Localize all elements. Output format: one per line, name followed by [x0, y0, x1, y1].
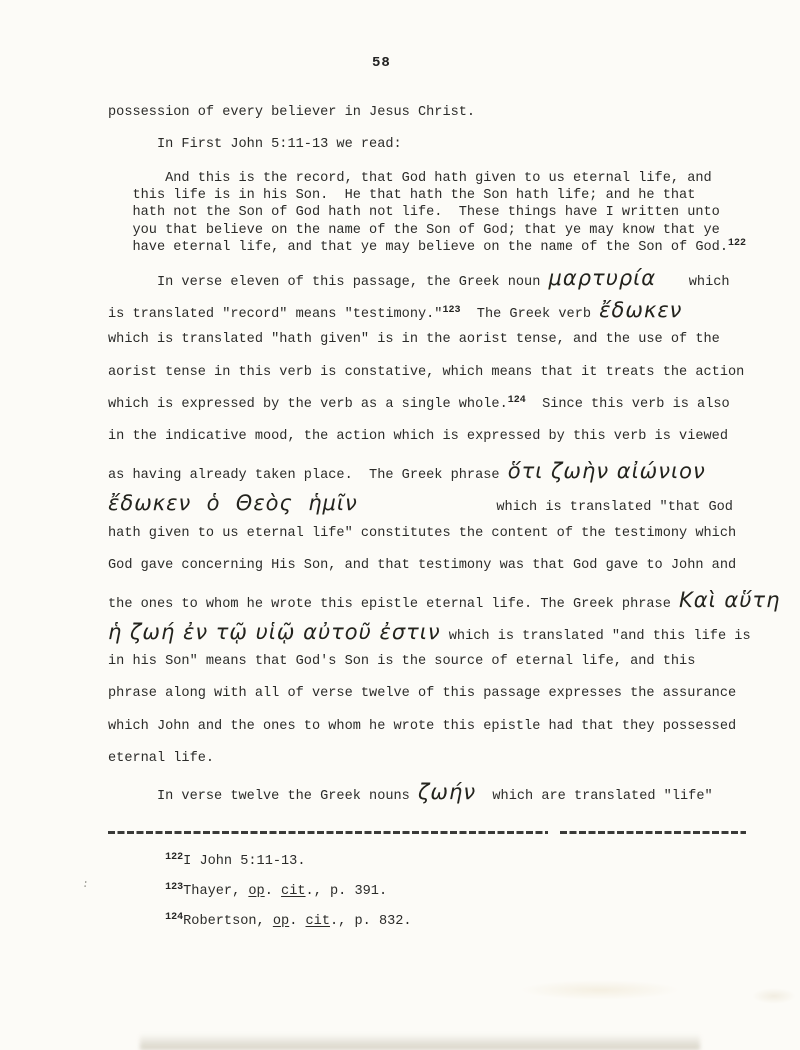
typed-text: ., p. 391. — [306, 884, 388, 900]
text-line: 122I John 5:11-13. — [108, 854, 768, 884]
text-line: as having already taken place. The Greek… — [108, 461, 768, 493]
block-quote: And this is the record, that God hath gi… — [108, 171, 768, 257]
typed-text: Robertson, — [183, 914, 273, 930]
greek-handwritten-text: ὅτι ζωὴν αἰώνιον — [508, 461, 706, 482]
underlined-text: cit — [306, 914, 330, 930]
greek-handwritten-text: ἡ ζωή ἐν τῷ υἱῷ αὐτοῦ ἐστιν — [108, 622, 441, 643]
text-line: God gave concerning His Son, and that te… — [108, 558, 768, 590]
text-line: And this is the record, that God hath gi… — [108, 171, 768, 188]
typed-text — [108, 884, 165, 900]
typed-text: Thayer, — [183, 884, 248, 900]
text-line: 123Thayer, op. cit., p. 391. — [108, 884, 768, 914]
typed-text — [108, 854, 165, 870]
footnote-superscript: 122 — [165, 853, 183, 863]
typed-text: . — [289, 914, 305, 930]
greek-handwritten-text: Καὶ αὕτη — [679, 590, 780, 611]
intro-line: In First John 5:11-13 we read: — [108, 137, 768, 169]
page-number: 58 — [372, 55, 391, 71]
text-line: In First John 5:11-13 we read: — [108, 137, 768, 169]
greek-handwritten-text: μαρτυρία — [549, 268, 657, 289]
para-1: possession of every believer in Jesus Ch… — [108, 105, 768, 137]
typed-text: . — [265, 884, 281, 900]
typed-text: I John 5:11-13. — [183, 854, 305, 870]
text-line: eternal life. — [108, 751, 768, 783]
typed-text: the ones to whom he wrote this epistle e… — [108, 597, 679, 613]
text-line: hath given to us eternal life" constitut… — [108, 526, 768, 558]
typed-text: God gave concerning His Son, and that te… — [108, 558, 736, 574]
text-line: in the indicative mood, the action which… — [108, 429, 768, 461]
typed-text: ., p. 832. — [330, 914, 412, 930]
typed-text: hath not the Son of God hath not life. T… — [108, 205, 720, 221]
pencil-mark-artifact: : — [81, 879, 89, 892]
typed-text: possession of every believer in Jesus Ch… — [108, 105, 475, 121]
text-line: In verse eleven of this passage, the Gre… — [108, 268, 768, 300]
text-line: this life is in his Son. He that hath th… — [108, 188, 768, 205]
typed-text: in the indicative mood, the action which… — [108, 429, 728, 445]
text-line: have eternal life, and that ye may belie… — [108, 240, 768, 257]
typed-text: Since this verb is also — [526, 397, 730, 413]
typed-text: eternal life. — [108, 751, 214, 767]
typed-text: as having already taken place. The Greek… — [108, 468, 508, 484]
footnote-separator — [108, 830, 748, 834]
typed-text: which John and the ones to whom he wrote… — [108, 719, 736, 735]
greek-handwritten-text: ἔδωκεν ὁ Θεὸς ἡμῖν — [108, 493, 358, 514]
typed-text: is translated "record" means "testimony.… — [108, 307, 442, 323]
separator-dash-left — [108, 831, 548, 834]
typed-text: In First John 5:11-13 we read: — [108, 137, 402, 153]
text-line: hath not the Son of God hath not life. T… — [108, 205, 768, 222]
typed-text: The Greek verb — [460, 307, 599, 323]
text-line: In verse twelve the Greek nouns ζωήν whi… — [108, 782, 768, 814]
typed-text: In verse eleven of this passage, the Gre… — [108, 275, 549, 291]
text-line: in his Son" means that God's Son is the … — [108, 654, 768, 686]
underlined-text: op — [273, 914, 289, 930]
footnote-superscript: 123 — [442, 306, 460, 316]
typed-text: aorist tense in this verb is constative,… — [108, 365, 744, 381]
para-3: In verse twelve the Greek nouns ζωήν whi… — [108, 782, 768, 814]
text-line: ἔδωκεν ὁ Θεὸς ἡμῖν which is translated "… — [108, 493, 768, 525]
text-line: ἡ ζωή ἐν τῷ υἱῷ αὐτοῦ ἐστιν which is tra… — [108, 622, 768, 654]
text-line: possession of every believer in Jesus Ch… — [108, 105, 768, 137]
typed-text: which are translated "life" — [476, 789, 713, 805]
footnote-superscript: 124 — [508, 396, 526, 406]
scan-smudge-spot — [520, 980, 680, 1000]
typed-text: in his Son" means that God's Son is the … — [108, 654, 695, 670]
footnote-superscript: 123 — [165, 883, 183, 893]
text-line: phrase along with all of verse twelve of… — [108, 686, 768, 718]
typed-text: which is translated "hath given" is in t… — [108, 332, 720, 348]
footnotes: 122I John 5:11-13. 123Thayer, op. cit., … — [108, 854, 768, 944]
underlined-text: cit — [281, 884, 305, 900]
greek-handwritten-text: ζωήν — [418, 782, 476, 803]
typed-text — [108, 914, 165, 930]
typed-text: you that believe on the name of the Son … — [108, 223, 720, 239]
scan-bottom-shadow — [140, 1034, 700, 1050]
typed-text: which is expressed by the verb as a sing… — [108, 397, 508, 413]
underlined-text: op — [248, 884, 264, 900]
typed-text: which is translated "that God — [358, 500, 733, 516]
typed-text: have eternal life, and that ye may belie… — [108, 240, 728, 256]
footnote-superscript: 124 — [165, 913, 183, 923]
typed-text: phrase along with all of verse twelve of… — [108, 686, 736, 702]
typed-text: which is translated "and this life is — [441, 629, 751, 645]
document-page: 58 possession of every believer in Jesus… — [0, 0, 800, 1050]
footnote-superscript: 122 — [728, 239, 746, 249]
text-line: aorist tense in this verb is constative,… — [108, 365, 768, 397]
greek-handwritten-text: ἔδωκεν — [599, 300, 682, 321]
text-line: which John and the ones to whom he wrote… — [108, 719, 768, 751]
typed-text: hath given to us eternal life" constitut… — [108, 526, 736, 542]
text-line: which is translated "hath given" is in t… — [108, 332, 768, 364]
text-line: which is expressed by the verb as a sing… — [108, 397, 768, 429]
separator-dash-right — [560, 831, 746, 834]
text-line: you that believe on the name of the Son … — [108, 223, 768, 240]
scan-smudge-spot — [752, 988, 796, 1004]
typed-text: which — [656, 275, 729, 291]
text-line: is translated "record" means "testimony.… — [108, 300, 768, 332]
typed-text: this life is in his Son. He that hath th… — [108, 188, 695, 204]
typed-text: In verse twelve the Greek nouns — [108, 789, 418, 805]
text-line: 124Robertson, op. cit., p. 832. — [108, 914, 768, 944]
para-2: In verse eleven of this passage, the Gre… — [108, 268, 768, 783]
text-line: the ones to whom he wrote this epistle e… — [108, 590, 768, 622]
typed-text: And this is the record, that God hath gi… — [108, 171, 712, 187]
